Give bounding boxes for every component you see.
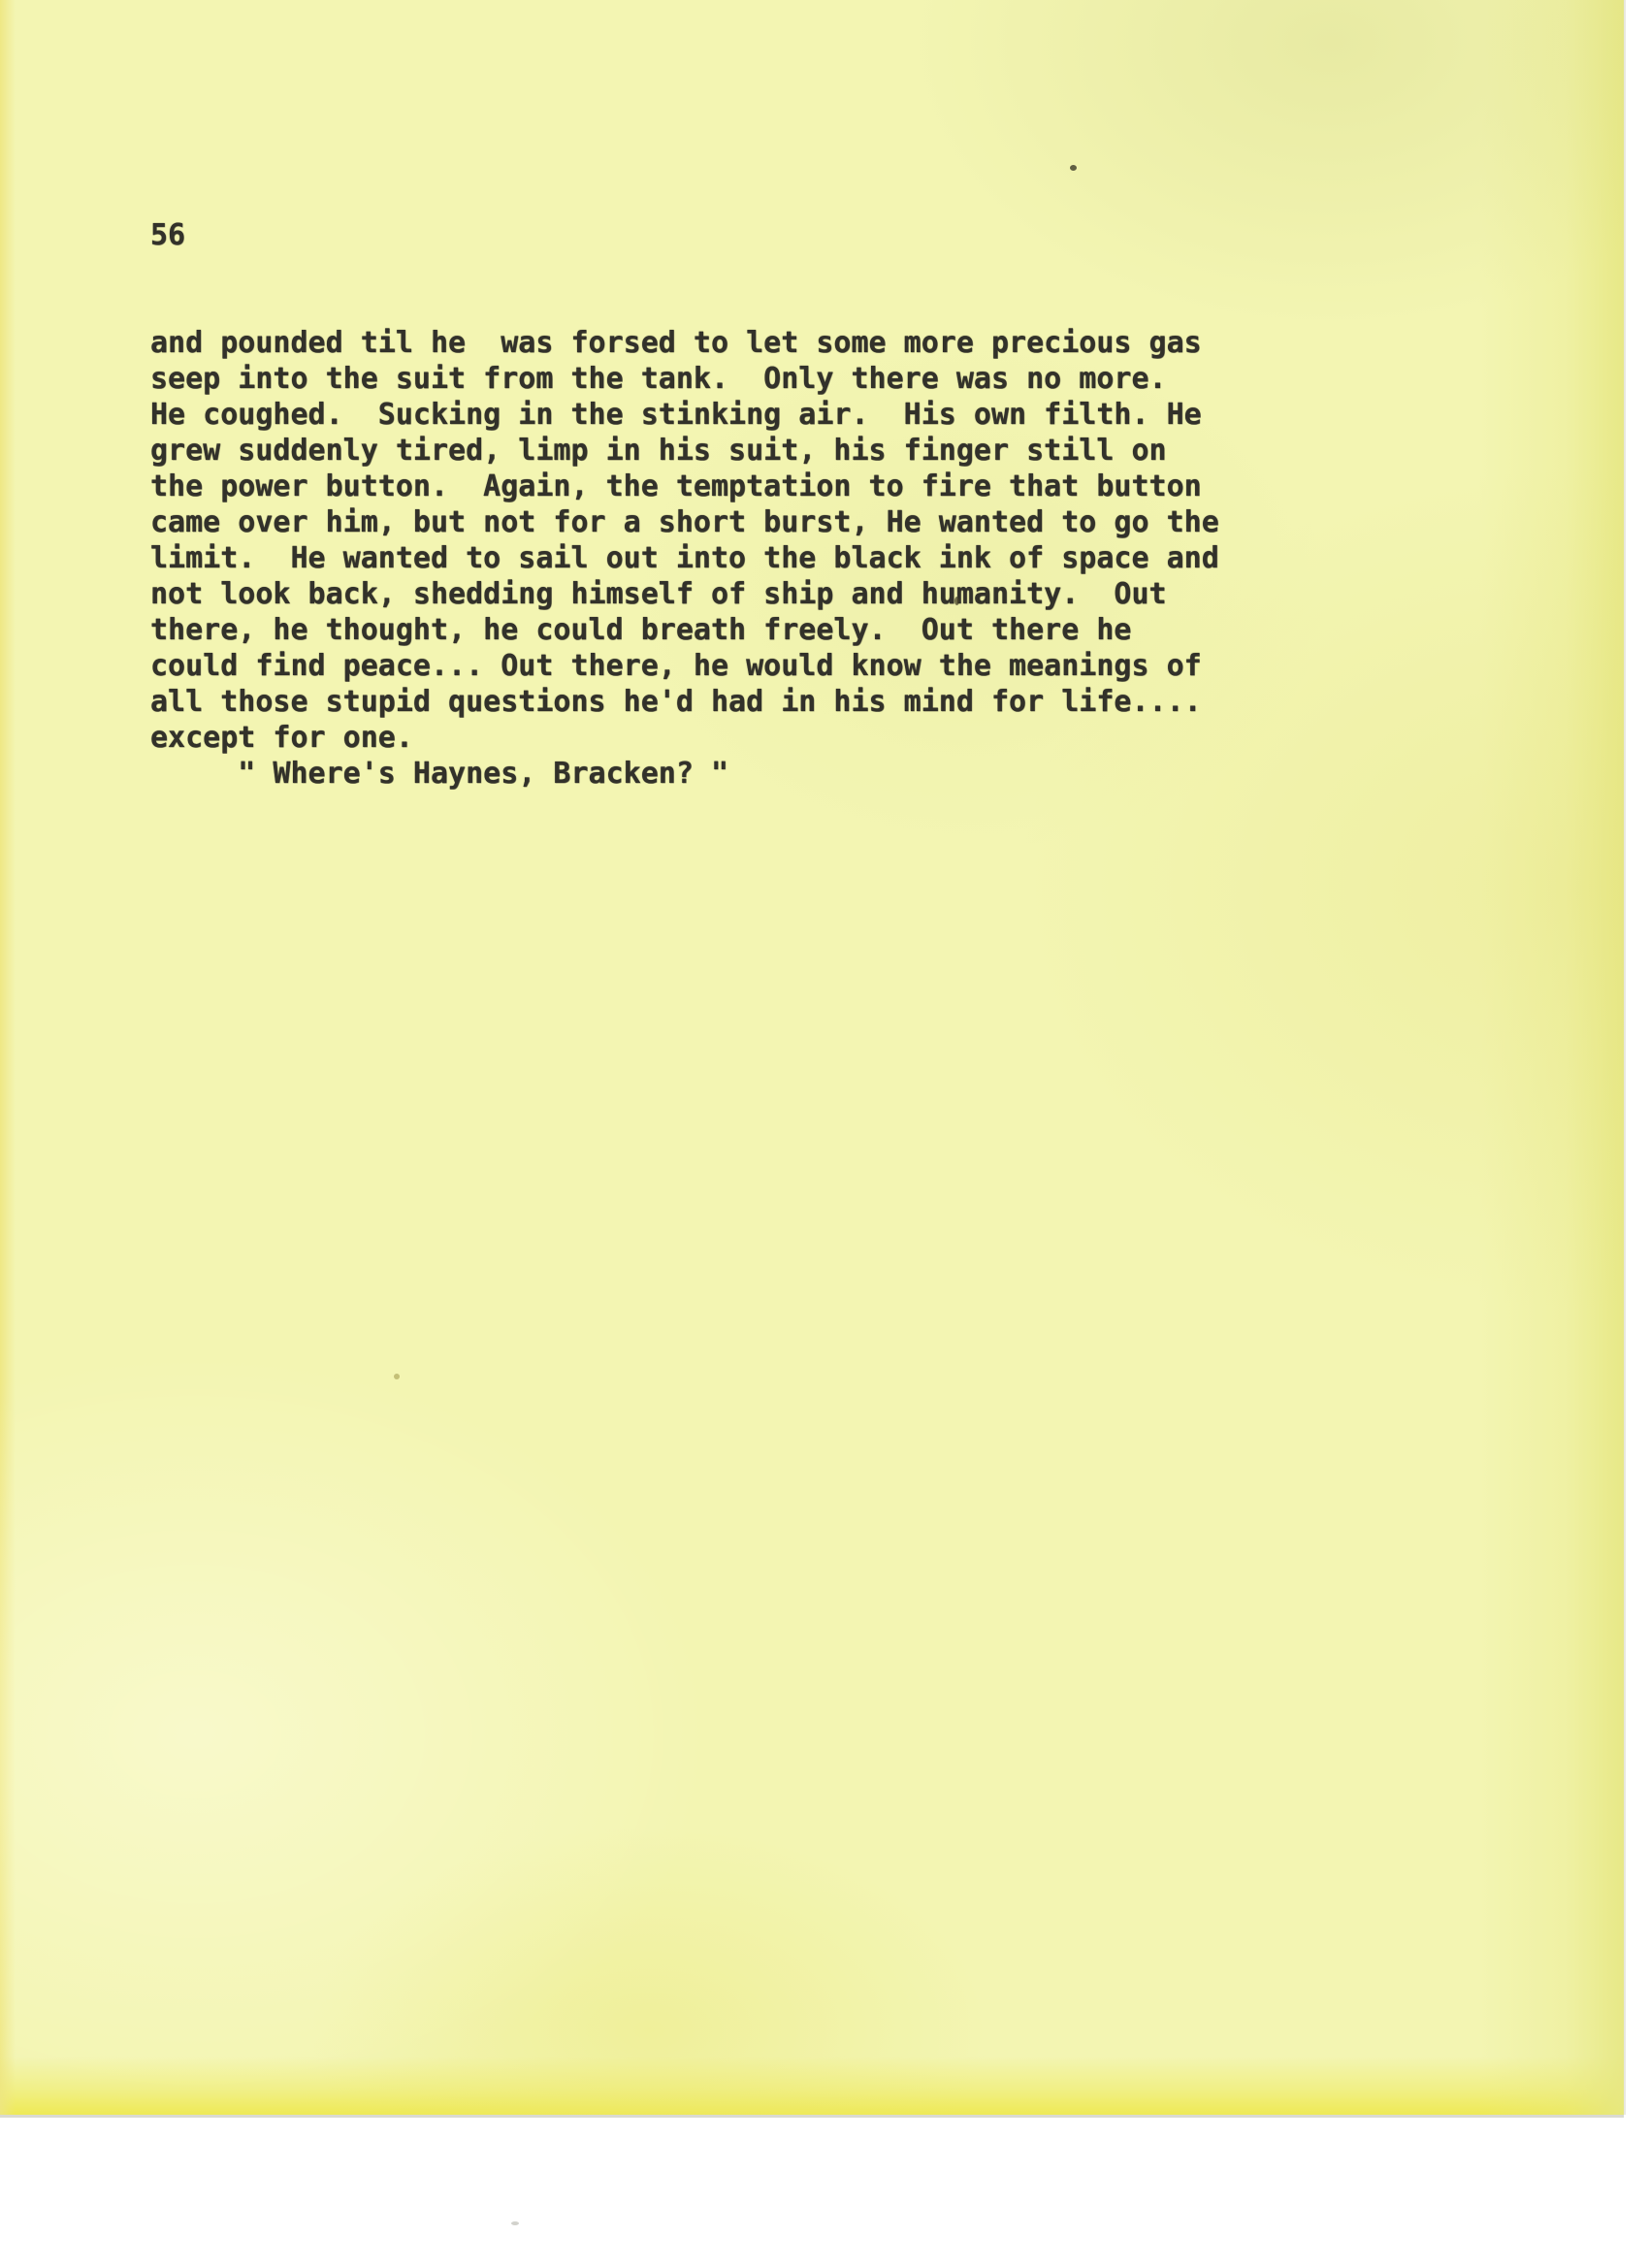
paper-bottom-edge	[0, 2115, 1624, 2118]
scanner-speck	[511, 2221, 519, 2225]
page-number: 56	[150, 217, 1219, 253]
paper-right-edge	[1624, 0, 1626, 2115]
paper-stain-speck	[394, 1374, 400, 1379]
ink-speck	[954, 597, 959, 605]
scanned-page: 56 and pounded til he was forsed to let …	[0, 0, 1649, 2268]
text-column: 56 and pounded til he was forsed to let …	[150, 146, 1219, 863]
typewritten-text: and pounded til he was forsed to let som…	[150, 325, 1219, 792]
ink-speck	[1070, 165, 1077, 171]
